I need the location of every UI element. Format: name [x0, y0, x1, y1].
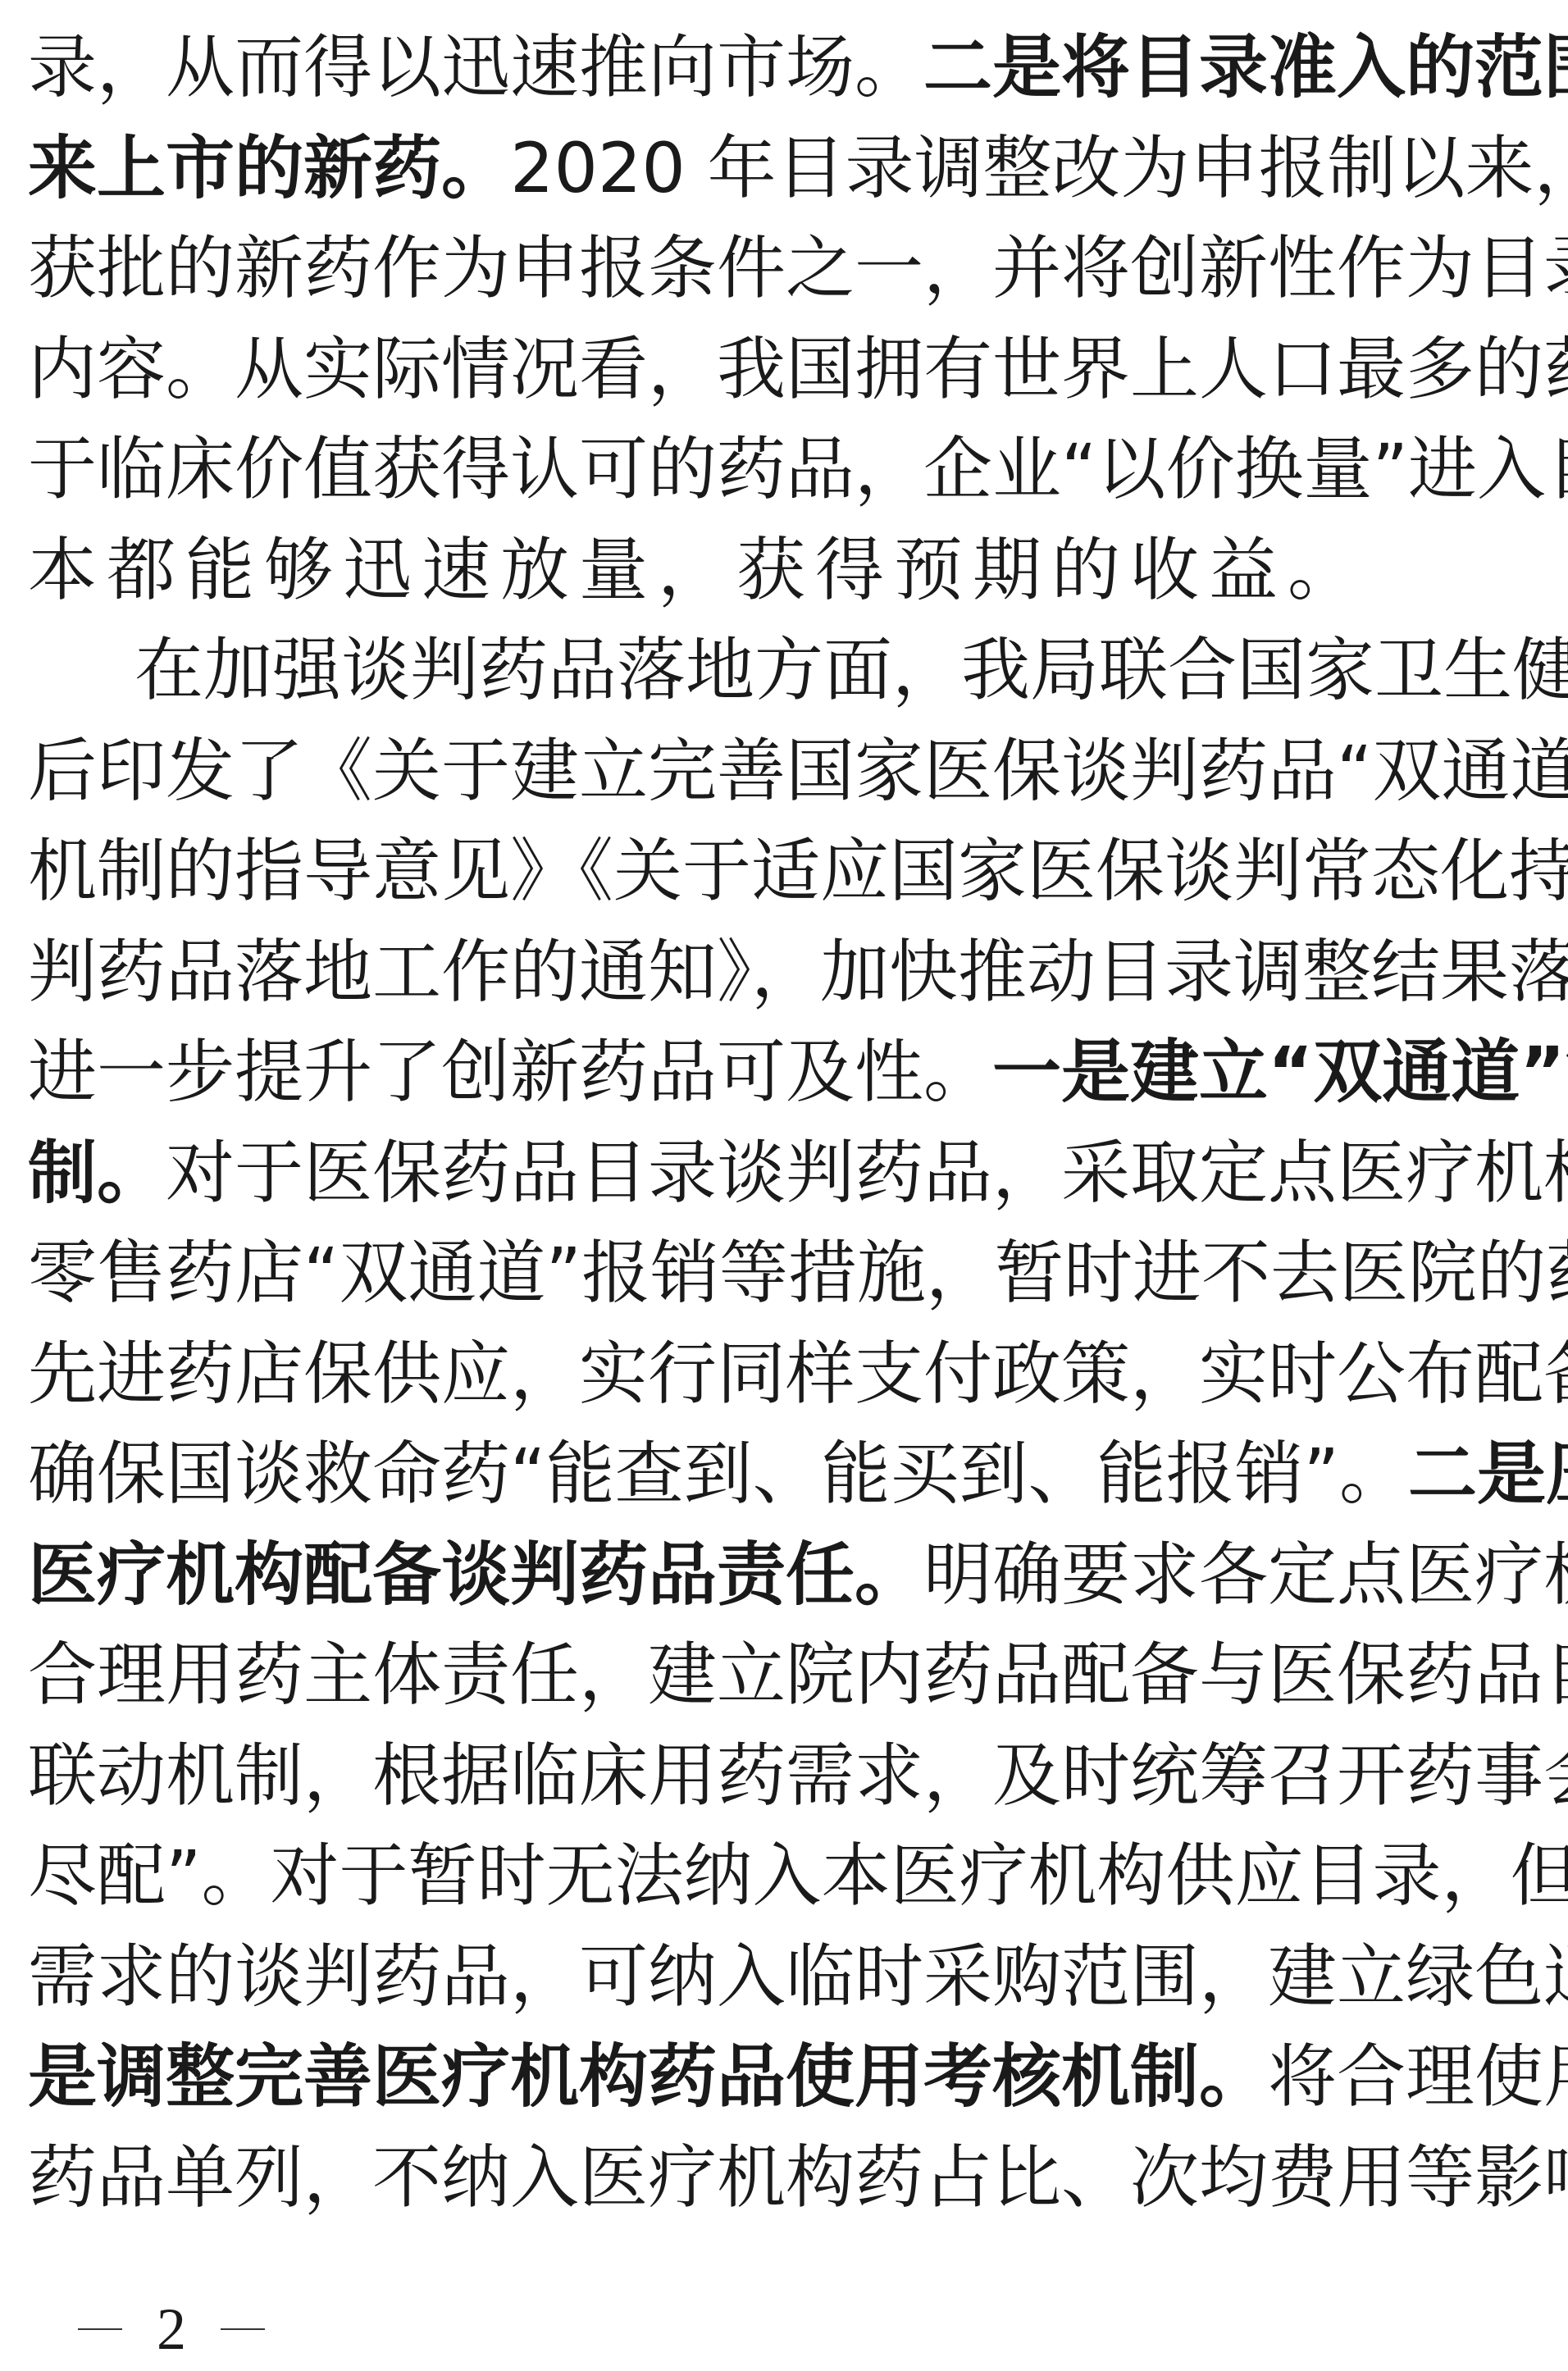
text-segment: 内容。从实际情况看，我国拥有世界上人口最多的药品市场，对	[28, 329, 1568, 409]
text-segment: 判药品落地工作的通知》，加快推动目录调整结果落地实施，	[28, 932, 1568, 1012]
text-line: 进一步提升了创新药品可及性。一是建立“双通道”管理机	[28, 1022, 1537, 1122]
text-line: 医疗机构配备谈判药品责任。明确要求各定点医疗机构落实	[28, 1525, 1537, 1625]
text-line: 来上市的新药。2020 年目录调整改为申报制以来，一直将 5 年内	[28, 118, 1537, 218]
text-line: 获批的新药作为申报条件之一，并将创新性作为目录评审的重要	[28, 218, 1537, 318]
text-line: 联动机制，根据临床用药需求，及时统筹召开药事会，“应配	[28, 1726, 1537, 1826]
text-segment: 对于医保药品目录谈判药品，采取定点医疗机构和定点	[166, 1133, 1568, 1213]
text-segment: 于临床价值获得认可的药品，企业“以价换量”进入目录后，基	[28, 429, 1568, 509]
text-segment: 需求的谈判药品，可纳入临时采购范围，建立绿色通道。	[28, 1936, 1568, 2017]
text-segment: 先进药店保供应，实行同样支付政策，实时公布配备信息，	[28, 1334, 1568, 1414]
text-segment: 进一步提升了创新药品可及性。	[28, 1032, 992, 1112]
document-page: 录，从而得以迅速推向市场。二是将目录准入的范围聚焦于近年来上市的新药。2020 …	[0, 0, 1568, 2371]
text-line: 确保国谈救命药“能查到、能买到、能报销”。二是压实定点	[28, 1424, 1537, 1524]
text-line: 零售药店“双通道”报销等措施，暂时进不去医院的药品，	[28, 1223, 1537, 1323]
bold-text-segment: 一是建立“双通道”管理机	[992, 1032, 1568, 1112]
text-line: 于临床价值获得认可的药品，企业“以价换量”进入目录后，基	[28, 419, 1537, 519]
text-segment: 机制的指导意见》《关于适应国家医保谈判常态化持续做好谈	[28, 831, 1568, 911]
text-segment: 联动机制，根据临床用药需求，及时统筹召开药事会，“应配	[28, 1735, 1568, 1816]
text-segment: 合理用药主体责任，建立院内药品配备与医保药品目录调整	[28, 1635, 1568, 1715]
bold-text-segment: 医疗机构配备谈判药品责任。	[28, 1534, 923, 1615]
text-line: 是调整完善医疗机构药品使用考核机制。将合理使用的谈判	[28, 2027, 1537, 2127]
text-segment: 录，从而得以迅速推向市场。	[28, 27, 923, 107]
text-line: 先进药店保供应，实行同样支付政策，实时公布配备信息，	[28, 1324, 1537, 1424]
dash-right	[221, 2328, 265, 2330]
text-line: 在加强谈判药品落地方面，我局联合国家卫生健康委先	[28, 620, 1537, 720]
bold-text-segment: 制。	[28, 1133, 166, 1213]
text-line: 需求的谈判药品，可纳入临时采购范围，建立绿色通道。三	[28, 1926, 1537, 2027]
text-segment: 明确要求各定点医疗机构落实	[923, 1534, 1568, 1615]
page-number: 2	[157, 2296, 186, 2364]
text-line: 本都能够迅速放量，获得预期的收益。	[28, 520, 1537, 620]
text-segment: 获批的新药作为申报条件之一，并将创新性作为目录评审的重要	[28, 228, 1568, 308]
text-segment: 零售药店“双通道”报销等措施，暂时进不去医院的药品，	[28, 1233, 1568, 1313]
text-line: 药品单列，不纳入医疗机构药占比、次均费用等影响其落地	[28, 2127, 1537, 2227]
text-line: 后印发了《关于建立完善国家医保谈判药品“双通道”管理	[28, 721, 1537, 821]
text-segment: 在加强谈判药品落地方面，我局联合国家卫生健康委先	[134, 630, 1568, 710]
text-segment: 将合理使用的谈判	[1268, 2036, 1568, 2117]
text-segment: 本都能够迅速放量，获得预期的收益。	[28, 530, 1366, 610]
text-segment: 药品单列，不纳入医疗机构药占比、次均费用等影响其落地	[28, 2137, 1568, 2218]
text-segment: 后印发了《关于建立完善国家医保谈判药品“双通道”管理	[28, 731, 1568, 811]
text-segment: 2020 年目录调整改为申报制以来，一直将 5 年内	[510, 128, 1568, 208]
text-line: 机制的指导意见》《关于适应国家医保谈判常态化持续做好谈	[28, 821, 1537, 921]
text-segment: 确保国谈救命药“能查到、能买到、能报销”。	[28, 1434, 1408, 1514]
bold-text-segment: 是调整完善医疗机构药品使用考核机制。	[28, 2036, 1268, 2117]
bold-text-segment: 二是压实定点	[1408, 1434, 1568, 1514]
text-line: 制。对于医保药品目录谈判药品，采取定点医疗机构和定点	[28, 1123, 1537, 1223]
text-line: 尽配”。对于暂时无法纳入本医疗机构供应目录，但临床确有	[28, 1826, 1537, 1926]
text-line: 合理用药主体责任，建立院内药品配备与医保药品目录调整	[28, 1625, 1537, 1725]
text-line: 判药品落地工作的通知》，加快推动目录调整结果落地实施，	[28, 922, 1537, 1022]
text-line: 内容。从实际情况看，我国拥有世界上人口最多的药品市场，对	[28, 319, 1537, 419]
text-line: 录，从而得以迅速推向市场。二是将目录准入的范围聚焦于近年	[28, 17, 1537, 117]
page-number-footer: 2	[78, 2296, 265, 2362]
text-segment: 尽配”。对于暂时无法纳入本医疗机构供应目录，但临床确有	[28, 1835, 1568, 1916]
bold-text-segment: 二是将目录准入的范围聚焦于近年	[923, 27, 1568, 107]
bold-text-segment: 来上市的新药。	[28, 128, 510, 208]
dash-left	[78, 2328, 122, 2330]
